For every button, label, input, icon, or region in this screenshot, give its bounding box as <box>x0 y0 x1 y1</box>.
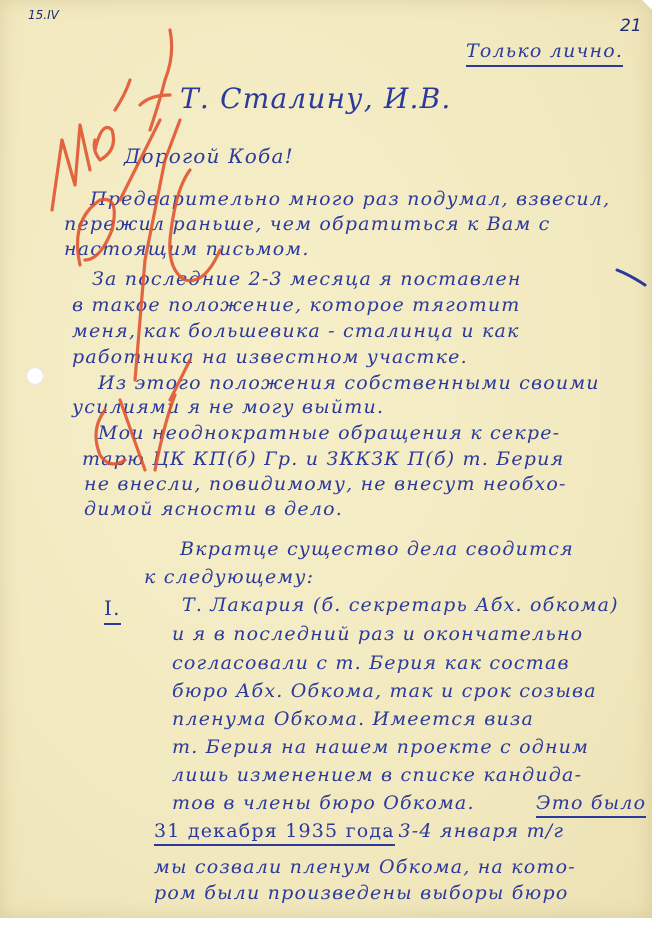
body-line: в такое положение, которое тяготит <box>72 296 520 315</box>
body-line: За последние 2-3 месяца я поставлен <box>92 270 522 289</box>
body-line: меня, как большевика - сталинца и как <box>72 322 520 341</box>
section-line-underlined: Это было <box>536 794 646 818</box>
body-line: настоящим письмом. <box>64 240 310 259</box>
body-line: Вкратце существо дела сводится <box>180 540 574 559</box>
section-line: т. Берия на нашем проекте с одним <box>172 738 589 757</box>
body-line: к следующему: <box>144 568 314 587</box>
date-underlined: 31 декабря 1935 года <box>154 822 395 846</box>
body-line: Из этого положения собственными своими <box>98 374 600 393</box>
section-line: мы созвали пленум Обкома, на кото- <box>154 858 576 877</box>
archive-date-mark: 15.IV <box>28 8 59 22</box>
addressee: Т. Сталину, И.В. <box>180 82 452 115</box>
section-marker: I. <box>104 596 121 625</box>
body-line: пережил раньше, чем обратиться к Вам с <box>64 215 551 234</box>
letter-page: 15.IV 21 Только лично. Т. Сталину, И.В. … <box>0 0 652 918</box>
section-line: тов в члены бюро Обкома. <box>172 794 475 813</box>
body-line: работника на известном участке. <box>72 348 468 367</box>
body-line: тарю ЦК КП(б) Гр. и ЗККЗК П(б) т. Берия <box>82 450 564 469</box>
section-line: . 3-4 января т/г <box>384 822 564 841</box>
body-line: димой ясности в дело. <box>84 500 343 519</box>
section-line: и я в последний раз и окончательно <box>172 625 583 644</box>
body-line: Предварительно много раз подумал, взвеси… <box>90 190 610 209</box>
confidentiality-note: Только лично. <box>466 40 623 67</box>
section-line: согласовали с т. Берия как состав <box>172 654 570 673</box>
section-line: ром были произведены выборы бюро <box>154 884 568 903</box>
section-line: бюро Абх. Обкома, так и срок созыва <box>172 682 597 701</box>
body-line: Мои неоднократные обращения к секре- <box>98 424 560 443</box>
section-line: лишь изменением в списке кандида- <box>172 766 582 785</box>
page-number: 21 <box>620 16 642 36</box>
punch-hole <box>26 367 44 385</box>
section-line: пленума Обкома. Имеется виза <box>172 710 534 729</box>
salutation: Дорогой Коба! <box>124 144 294 168</box>
body-line: усилиями я не могу выйти. <box>72 398 384 417</box>
body-line: не внесли, повидимому, не внесут необхо- <box>84 475 567 494</box>
section-line: Т. Лакария (б. секретарь Абх. обкома) <box>182 596 619 615</box>
